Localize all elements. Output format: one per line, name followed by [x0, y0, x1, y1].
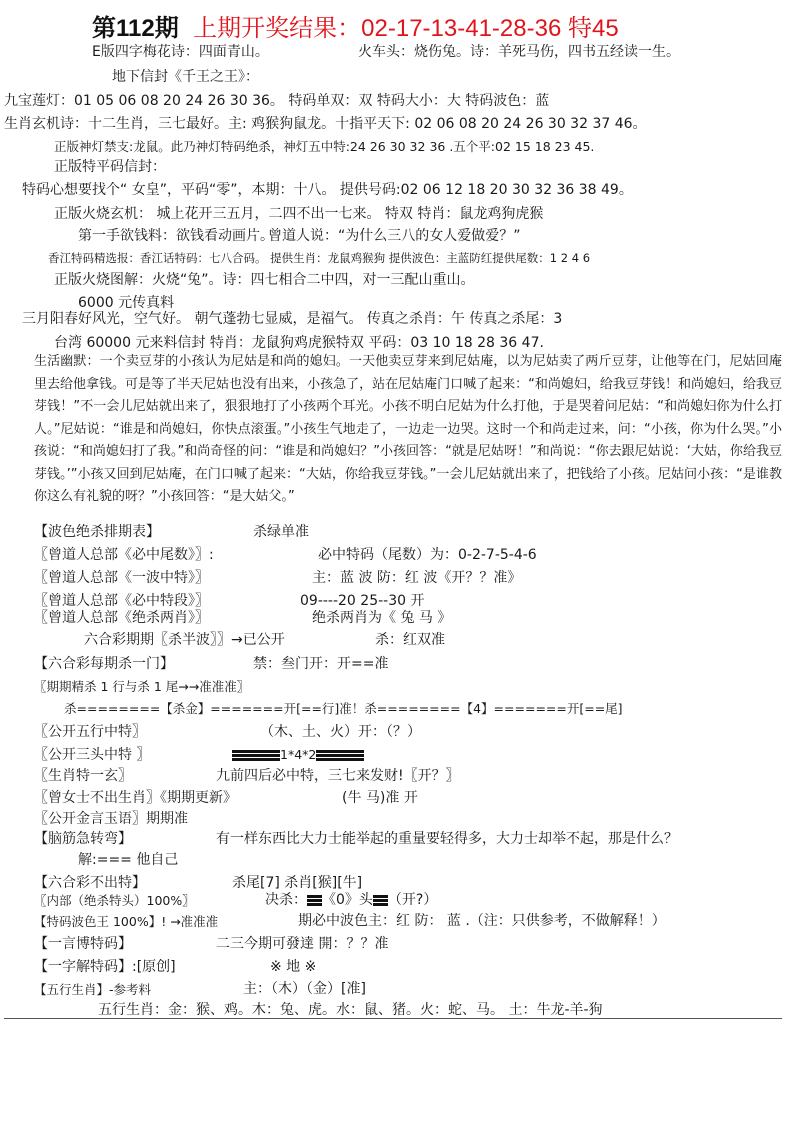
- bottom-divider: [4, 1018, 782, 1019]
- last-draw-result: 上期开奖结果：02-17-13-41-28-36 特45: [193, 15, 619, 42]
- train-head: 火车头：烧伤兔。诗：羊死马伤，四书五经读一生。: [358, 43, 680, 61]
- kill-one-gate-value: 禁：叁门开：开==准: [253, 655, 388, 673]
- envelope-title: 正版特平码信封：: [54, 158, 166, 176]
- one-wave-label: 〖曾道人总部《一波中特》〗: [34, 569, 209, 587]
- kill-one-gate-label: 【六合彩每期杀一门】: [34, 655, 174, 673]
- wave-king-label: 【特码波色王 100%】! →准准准: [34, 913, 218, 931]
- humor-story: 生活幽默：一个卖豆芽的小孩认为尼姑是和尚的媳妇。一天他卖豆芽来到尼姑庵，以为尼姑…: [34, 351, 782, 509]
- one-word-bet-value: 二三今期可發達 開：？？准: [216, 935, 388, 953]
- no-special-label: 【六合彩不出特】: [34, 874, 146, 892]
- one-char-riddle-value: ※ 地 ※: [270, 958, 316, 976]
- three-heads-digits: 1*4*2: [280, 747, 316, 762]
- kill-head-open: （开?）: [388, 892, 437, 908]
- five-elements-value: （木、土、火）开：（？）: [260, 723, 421, 741]
- taiwan-envelope: 台湾 60000 元来料信封 特肖：龙鼠狗鸡虎猴特双 平码：03 10 18 2…: [54, 334, 544, 352]
- ms-zeng-label: 〖曾女士不出生肖〗《期期更新》: [34, 789, 237, 807]
- plum-poem: E版四字梅花诗：四面青山。: [92, 43, 269, 61]
- fire-illustration: 正版火烧图解：火烧“兔”。诗：四七相合二中四，对一三配山重山。: [54, 271, 475, 289]
- tail-number-value: 必中特码（尾数）为：0-2-7-5-4-6: [318, 546, 537, 564]
- one-char-riddle-label: 【一字解特码】:[原创]: [34, 958, 176, 976]
- masked-block-icon: [316, 750, 364, 761]
- brain-teaser-answer: 解:=== 他自己: [78, 851, 178, 869]
- kill-two-zodiac-label: 〖曾道人总部《绝杀两肖》〗: [34, 609, 209, 627]
- zodiac-mystery-value: 九前四后必中特，三七来发财!〖开？〗: [216, 767, 460, 785]
- first-hand-tip: 第一手欲钱料：欲钱看动画片。: [78, 227, 274, 245]
- kill-two-zodiac-value: 绝杀两肖为《 兔 马 》: [312, 609, 451, 627]
- ms-zeng-value: (牛 马)准 开: [342, 789, 418, 807]
- fire-mystery: 正版火烧玄机： 城上花开三五月，二四不出一七来。 特双 特肖：鼠龙鸡狗虎猴: [54, 205, 543, 223]
- golden-words-label: 〖公开金言玉语〗期期准: [34, 810, 188, 828]
- five-element-zodiac-list: 五行生肖：金：猴、鸡。木：兔、虎。水：鼠、猪。火：蛇、马。 土：牛龙-羊-狗: [98, 1001, 603, 1019]
- kill-element-tail-line: 杀========【杀金】=======开[==行]准！杀========【4】…: [64, 700, 623, 718]
- wave-kill-label: 【波色绝杀排期表】: [34, 523, 160, 541]
- segment-label: 〖曾道人总部《必中特段》〗: [34, 592, 209, 610]
- five-element-zodiac-value: 主：（木）（金）[准]: [243, 980, 366, 998]
- one-wave-value: 主：蓝 波 防：红 波《开？？准》: [312, 569, 521, 587]
- five-elements-label: 〖公开五行中特〗: [34, 723, 146, 741]
- wave-kill-value: 杀绿单准: [253, 523, 309, 541]
- period-title: 第112期: [92, 15, 179, 42]
- no-special-value: 杀尾[7] 杀肖[猴][牛]: [232, 874, 362, 892]
- hongkong-report: 香江特码精选报：香江话特码：七八合码。 提供生肖：龙鼠鸡猴狗 提供波色：主蓝防红…: [48, 249, 590, 267]
- kill-half-wave-label: 六合彩期期〖杀半波〗〗→已公开: [84, 631, 285, 649]
- three-heads-label: 〖公开三头中特 〗: [34, 746, 150, 764]
- kill-element-tail-label: 〖期期精杀 1 行与杀 1 尾→→准准准〗: [34, 678, 249, 696]
- masked-block-icon: [373, 895, 388, 906]
- five-element-zodiac-label: 【五行生肖】-参考料: [34, 981, 151, 999]
- underground-envelope: 地下信封《千王之王》：: [112, 68, 259, 86]
- spring-poem: 三月阳春好风光，空气好。 朝气蓬勃七显威，是福气。 传真之杀肖：午 传真之杀尾：…: [22, 310, 562, 328]
- lamp-forbidden: 正版神灯禁支:龙鼠。此乃神灯特码绝杀，神灯五中特:24 26 30 32 36 …: [54, 138, 594, 156]
- special-code-hint: 特码心想要找个“ 女皇”，平码“零”，本期：十八。 提供号码:02 06 12 …: [22, 181, 633, 199]
- internal-kill-head-value: 决杀：《0》头（开?）: [265, 891, 437, 909]
- masked-block-icon: [307, 895, 322, 906]
- brain-teaser-label: 【脑筋急转弯】: [34, 830, 132, 848]
- zeng-daoren-says: 曾道人说：“为什么三八的女人爱做爱？”: [268, 227, 521, 245]
- masked-block-icon: [232, 750, 280, 761]
- one-word-bet-label: 【一言博特码】: [34, 935, 132, 953]
- internal-kill-head-label: 〖内部（绝杀特头）100%〗: [34, 892, 195, 910]
- tail-number-label: 〖曾道人总部《必中尾数》〗:: [34, 546, 214, 564]
- kill-head-digit: 《0》头: [322, 892, 373, 908]
- zodiac-poem: 生肖玄机诗：十二生肖，三七最好。主: 鸡猴狗鼠龙。十指平天下: 02 06 08…: [4, 115, 647, 133]
- issue-header: 第112期 上期开奖结果：02-17-13-41-28-36 特45: [92, 8, 619, 43]
- lotus-lamp: 九宝莲灯：01 05 06 08 20 24 26 30 36。 特码单双：双 …: [4, 92, 549, 110]
- kill-prefix: 决杀：: [265, 892, 307, 908]
- wave-king-value: 期必中波色主：红 防： 蓝 .（注：只供参考，不做解释！）: [298, 912, 666, 930]
- kill-half-wave-value: 杀：红双准: [375, 631, 445, 649]
- zodiac-mystery-label: 〖生肖特一玄〗: [34, 767, 132, 785]
- three-heads-value: 1*4*2: [232, 746, 364, 764]
- segment-value: 09----20 25--30 开: [300, 592, 424, 610]
- brain-teaser-question: 有一样东西比大力士能举起的重量要轻得多，大力士却举不起，那是什么？: [216, 830, 678, 848]
